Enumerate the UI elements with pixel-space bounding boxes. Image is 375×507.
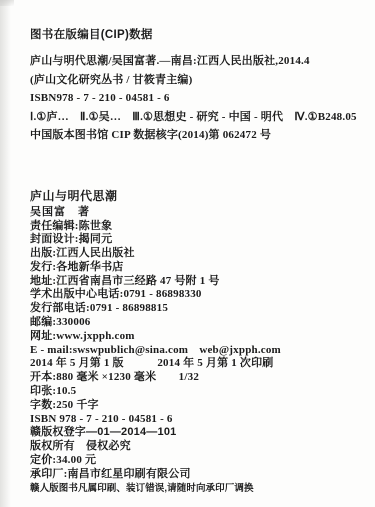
book-title: 庐山与明代思潮: [30, 188, 357, 204]
all-rights-reserved-line: 版权所有 侵权必究: [30, 440, 357, 454]
copyright-page: 图书在版编目(CIP)数据 庐山与明代思潮/吴国富著.—南昌:江西人民出版社,2…: [0, 0, 375, 495]
cip-section: 图书在版编目(CIP)数据 庐山与明代思潮/吴国富著.—南昌:江西人民出版社,2…: [30, 28, 357, 145]
cip-lines: 庐山与明代思潮/吴国富著.—南昌:江西人民出版社,2014.4 (庐山文化研究丛…: [30, 52, 357, 145]
cip-classification-line: Ⅰ.①庐… Ⅱ.①吴… Ⅲ.①思想史 - 研究 - 中国 - 明代 Ⅳ.①B24…: [30, 108, 357, 127]
distributor-line: 发行:各地新华书店: [30, 261, 357, 275]
format-line: 开本:880 毫米 ×1230 毫米 1/32: [30, 371, 357, 385]
cip-header: 图书在版编目(CIP)数据: [30, 28, 357, 42]
website-line: 网址:www.jxpph.com: [30, 330, 357, 344]
academic-center-phone-line: 学术出版中心电话:0791 - 86898330: [30, 288, 357, 302]
book-author: 吴国富 著: [30, 204, 357, 220]
email-line: E - mail:swswpublich@sina.com web@jxpph.…: [30, 344, 357, 358]
cip-series-line: (庐山文化研究丛书 / 甘筱青主编): [30, 71, 357, 90]
printing-company-line: 承印厂:南昌市红星印刷有限公司: [30, 468, 357, 482]
word-count-line: 字数:250 千字: [30, 399, 357, 413]
address-line: 地址:江西省南昌市三经路 47 号附 1 号: [30, 275, 357, 289]
editor-line: 责任编辑:陈世象: [30, 220, 357, 234]
cip-isbn-line: ISBN978 - 7 - 210 - 04581 - 6: [30, 89, 357, 108]
copyright-registration-line: 赣版权登字—01—2014—101: [30, 426, 357, 440]
sheets-line: 印张:10.5: [30, 385, 357, 399]
price-line: 定价:34.00 元: [30, 454, 357, 468]
postcode-line: 邮编:330006: [30, 316, 357, 330]
cip-record-number-line: 中国版本图书馆 CIP 数据核字(2014)第 062472 号: [30, 126, 357, 145]
distribution-phone-line: 发行部电话:0791 - 86898815: [30, 302, 357, 316]
cover-design-line: 封面设计:揭同元: [30, 233, 357, 247]
isbn-line: ISBN 978 - 7 - 210 - 04581 - 6: [30, 413, 357, 427]
colophon-section: 庐山与明代思潮 吴国富 著 责任编辑:陈世象 封面设计:揭同元 出版:江西人民出…: [30, 188, 357, 496]
cip-bibliographic-line: 庐山与明代思潮/吴国富著.—南昌:江西人民出版社,2014.4: [30, 52, 357, 71]
publisher-line: 出版:江西人民出版社: [30, 247, 357, 261]
edition-printing-line: 2014 年 5 月第 1 版 2014 年 5 月第 1 次印刷: [30, 357, 357, 371]
defect-exchange-notice-line: 赣人版图书凡属印刷、装订错误,请随时向承印厂调换: [30, 482, 357, 496]
